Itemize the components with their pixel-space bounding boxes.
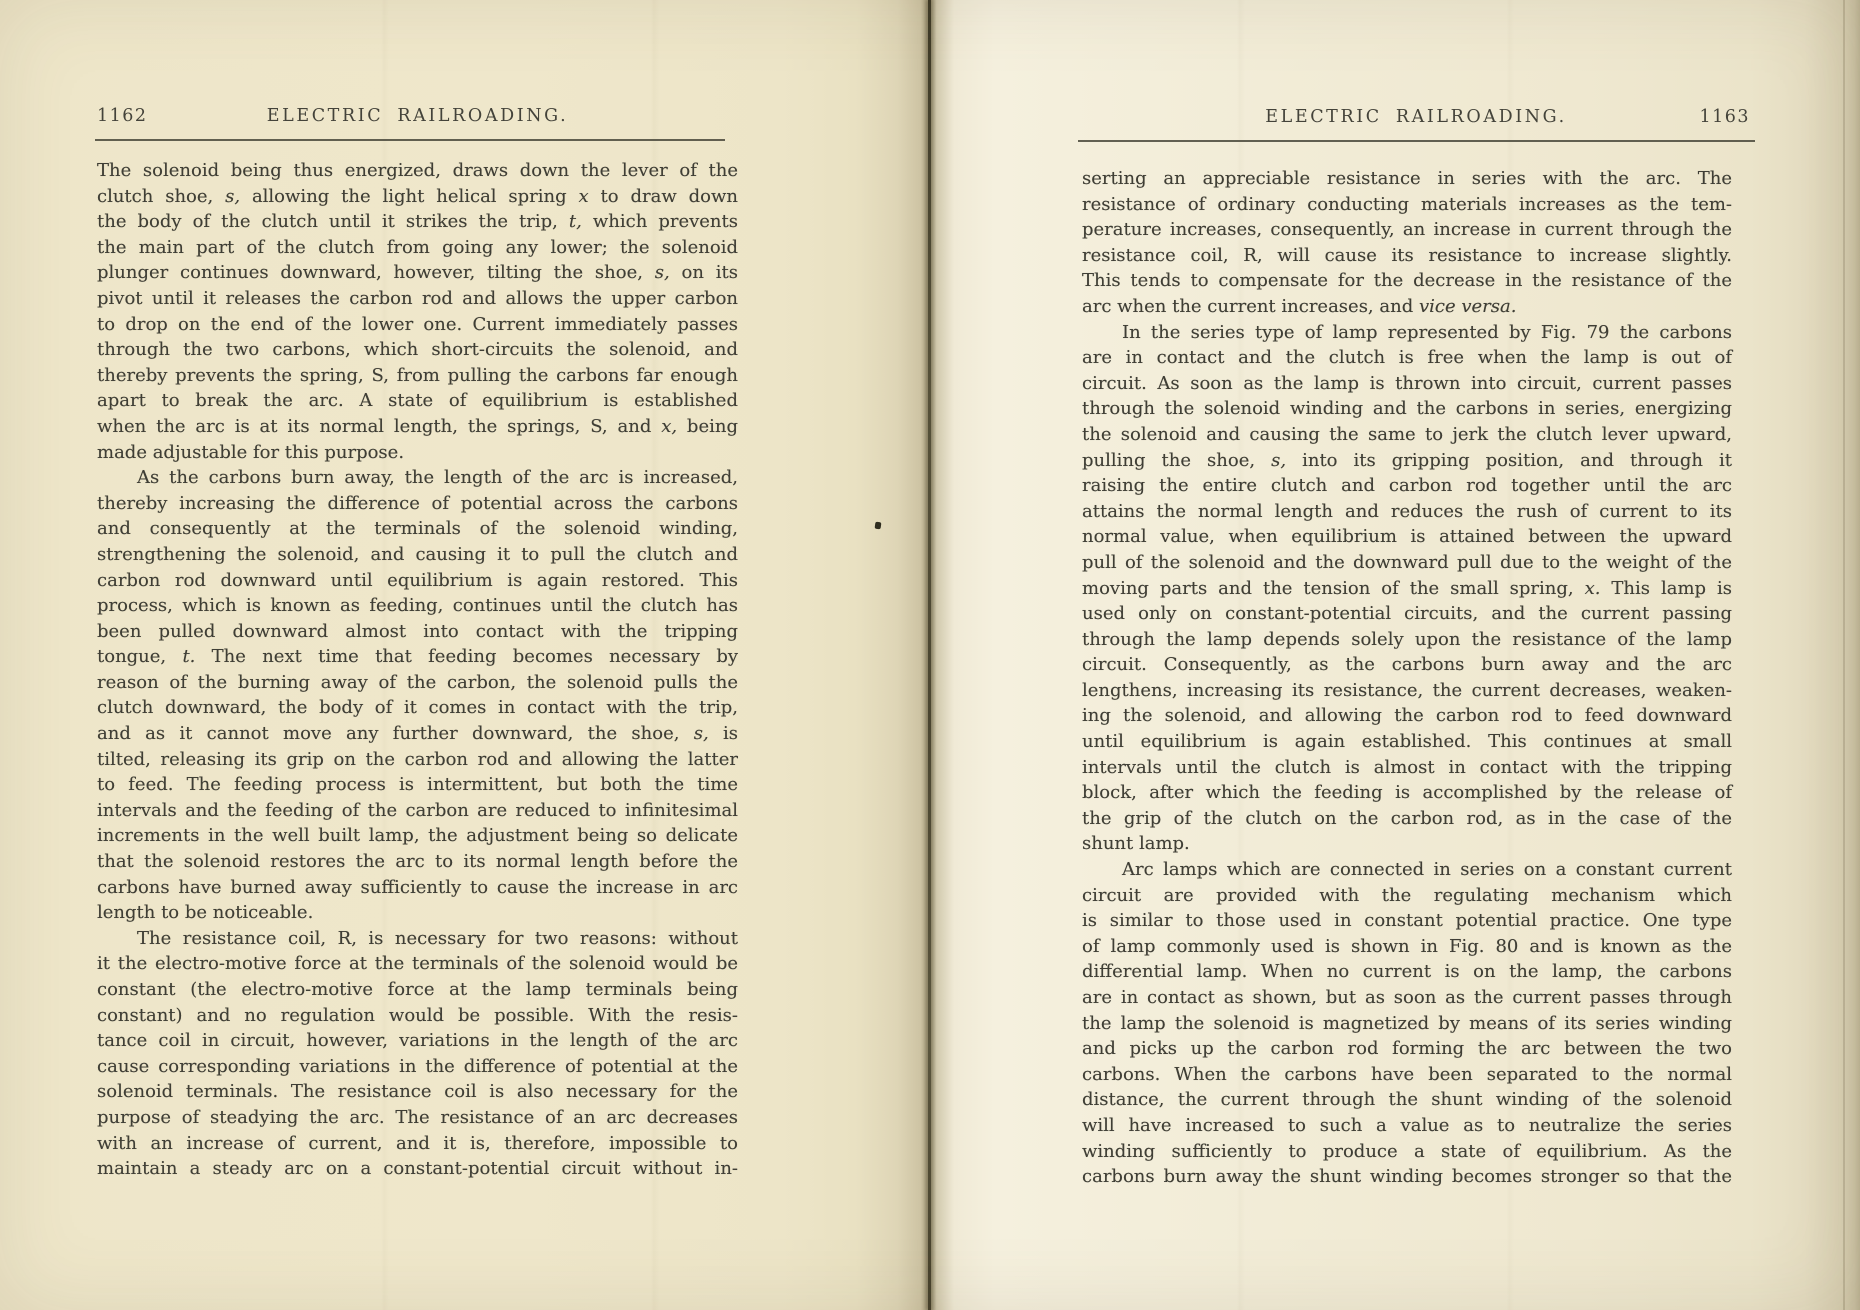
text-line: block, after which the feeding is accomp… (1082, 780, 1732, 806)
text-line: intervals and the feeding of the carbon … (97, 798, 738, 824)
paragraph: As the carbons burn away, the length of … (97, 465, 738, 926)
text-line: pulling the shoe, s, into its gripping p… (1082, 448, 1732, 474)
text-line: carbons burn away the shunt winding beco… (1082, 1164, 1732, 1190)
text-column-left: The solenoid being thus energized, draws… (97, 158, 738, 1182)
text-line: pivot until it releases the carbon rod a… (97, 286, 738, 312)
text-line: raising the entire clutch and carbon rod… (1082, 473, 1732, 499)
paragraph: The resistance coil, R, is necessary for… (97, 926, 738, 1182)
text-line: thereby prevents the spring, S, from pul… (97, 363, 738, 389)
text-line: to drop on the end of the lower one. Cur… (97, 312, 738, 338)
text-line: made adjustable for this purpose. (97, 440, 738, 466)
text-line: the solenoid and causing the same to jer… (1082, 422, 1732, 448)
ink-speck (875, 522, 882, 530)
text-line: circuit. As soon as the lamp is thrown i… (1082, 371, 1732, 397)
text-line: apart to break the arc. A state of equil… (97, 388, 738, 414)
page-edge-crease (1843, 0, 1845, 1310)
page-number-right: 1163 (1699, 107, 1750, 127)
text-line: through the lamp depends solely upon the… (1082, 627, 1732, 653)
text-line: carbons have burned away sufficiently to… (97, 875, 738, 901)
text-line: are in contact as shown, but as soon as … (1082, 985, 1732, 1011)
text-line: reason of the burning away of the carbon… (97, 670, 738, 696)
text-column-right: serting an appreciable resistance in ser… (1082, 166, 1732, 1190)
running-title-right: ELECTRIC RAILROADING. (1082, 107, 1750, 127)
text-line: to feed. The feeding process is intermit… (97, 772, 738, 798)
paragraph: The solenoid being thus energized, draws… (97, 158, 738, 465)
text-line: constant) and no regulation would be pos… (97, 1003, 738, 1029)
text-line: arc when the current increases, and vice… (1082, 294, 1732, 320)
text-line: intervals until the clutch is almost in … (1082, 755, 1732, 781)
text-line: clutch shoe, s, allowing the light helic… (97, 184, 738, 210)
text-line: will have increased to such a value as t… (1082, 1113, 1732, 1139)
text-line: normal value, when equilibrium is attain… (1082, 524, 1732, 550)
text-line: the main part of the clutch from going a… (97, 235, 738, 261)
text-line: tilted, releasing its grip on the carbon… (97, 747, 738, 773)
text-line: In the series type of lamp represented b… (1082, 320, 1732, 346)
paragraph: In the series type of lamp represented b… (1082, 320, 1732, 857)
text-line: length to be noticeable. (97, 900, 738, 926)
text-line: cause corresponding variations in the di… (97, 1054, 738, 1080)
text-line: Arc lamps which are connected in series … (1082, 857, 1732, 883)
text-line: the lamp the solenoid is magnetized by m… (1082, 1011, 1732, 1037)
text-line: The resistance coil, R, is necessary for… (97, 926, 738, 952)
text-line: plunger continues downward, however, til… (97, 260, 738, 286)
text-line: and consequently at the terminals of the… (97, 516, 738, 542)
header-rule-left (95, 139, 725, 141)
text-line: been pulled downward almost into contact… (97, 619, 738, 645)
text-line: thereby increasing the difference of pot… (97, 491, 738, 517)
text-line: until equilibrium is again established. … (1082, 729, 1732, 755)
text-line: differential lamp. When no current is on… (1082, 959, 1732, 985)
text-line: used only on constant-potential circuits… (1082, 601, 1732, 627)
text-line: attains the normal length and reduces th… (1082, 499, 1732, 525)
paragraph: Arc lamps which are connected in series … (1082, 857, 1732, 1190)
text-line: solenoid terminals. The resistance coil … (97, 1079, 738, 1105)
text-line: ing the solenoid, and allowing the carbo… (1082, 703, 1732, 729)
text-line: serting an appreciable resistance in ser… (1082, 166, 1732, 192)
text-line: the grip of the clutch on the carbon rod… (1082, 806, 1732, 832)
text-line: and picks up the carbon rod forming the … (1082, 1036, 1732, 1062)
text-line: through the two carbons, which short-cir… (97, 337, 738, 363)
text-line: resistance coil, R, will cause its resis… (1082, 243, 1732, 269)
text-line: circuit are provided with the regulating… (1082, 883, 1732, 909)
paragraph: serting an appreciable resistance in ser… (1082, 166, 1732, 320)
text-line: clutch downward, the body of it comes in… (97, 695, 738, 721)
text-line: moving parts and the tension of the smal… (1082, 576, 1732, 602)
text-line: when the arc is at its normal length, th… (97, 414, 738, 440)
running-title-left: ELECTRIC RAILROADING. (97, 106, 738, 126)
text-line: This tends to compensate for the decreas… (1082, 268, 1732, 294)
book-gutter (928, 0, 931, 1310)
text-line: and as it cannot move any further downwa… (97, 721, 738, 747)
text-line: of lamp commonly used is shown in Fig. 8… (1082, 934, 1732, 960)
text-line: carbons. When the carbons have been sepa… (1082, 1062, 1732, 1088)
text-line: pull of the solenoid and the downward pu… (1082, 550, 1732, 576)
text-line: purpose of steadying the arc. The resist… (97, 1105, 738, 1131)
running-head-right: ELECTRIC RAILROADING. 1163 (1082, 107, 1750, 133)
text-line: circuit. Consequently, as the carbons bu… (1082, 652, 1732, 678)
text-line: distance, the current through the shunt … (1082, 1087, 1732, 1113)
text-line: As the carbons burn away, the length of … (97, 465, 738, 491)
text-line: shunt lamp. (1082, 831, 1732, 857)
text-line: lengthens, increasing its resistance, th… (1082, 678, 1732, 704)
header-rule-right (1078, 140, 1755, 142)
text-line: the body of the clutch until it strikes … (97, 209, 738, 235)
running-head-left: 1162 ELECTRIC RAILROADING. (97, 106, 738, 132)
text-line: maintain a steady arc on a constant-pote… (97, 1156, 738, 1182)
text-line: through the solenoid winding and the car… (1082, 396, 1732, 422)
text-line: tance coil in circuit, however, variatio… (97, 1028, 738, 1054)
text-line: tongue, t. The next time that feeding be… (97, 644, 738, 670)
text-line: constant (the electro-motive force at th… (97, 977, 738, 1003)
text-line: process, which is known as feeding, cont… (97, 593, 738, 619)
text-line: resistance of ordinary conducting materi… (1082, 192, 1732, 218)
text-line: it the electro-motive force at the termi… (97, 951, 738, 977)
text-line: are in contact and the clutch is free wh… (1082, 345, 1732, 371)
text-line: strengthening the solenoid, and causing … (97, 542, 738, 568)
text-line: is similar to those used in constant pot… (1082, 908, 1732, 934)
text-line: winding sufficiently to produce a state … (1082, 1139, 1732, 1165)
text-line: with an increase of current, and it is, … (97, 1131, 738, 1157)
text-line: perature increases, consequently, an inc… (1082, 217, 1732, 243)
text-line: The solenoid being thus energized, draws… (97, 158, 738, 184)
text-line: carbon rod downward until equilibrium is… (97, 568, 738, 594)
text-line: that the solenoid restores the arc to it… (97, 849, 738, 875)
text-line: increments in the well built lamp, the a… (97, 823, 738, 849)
